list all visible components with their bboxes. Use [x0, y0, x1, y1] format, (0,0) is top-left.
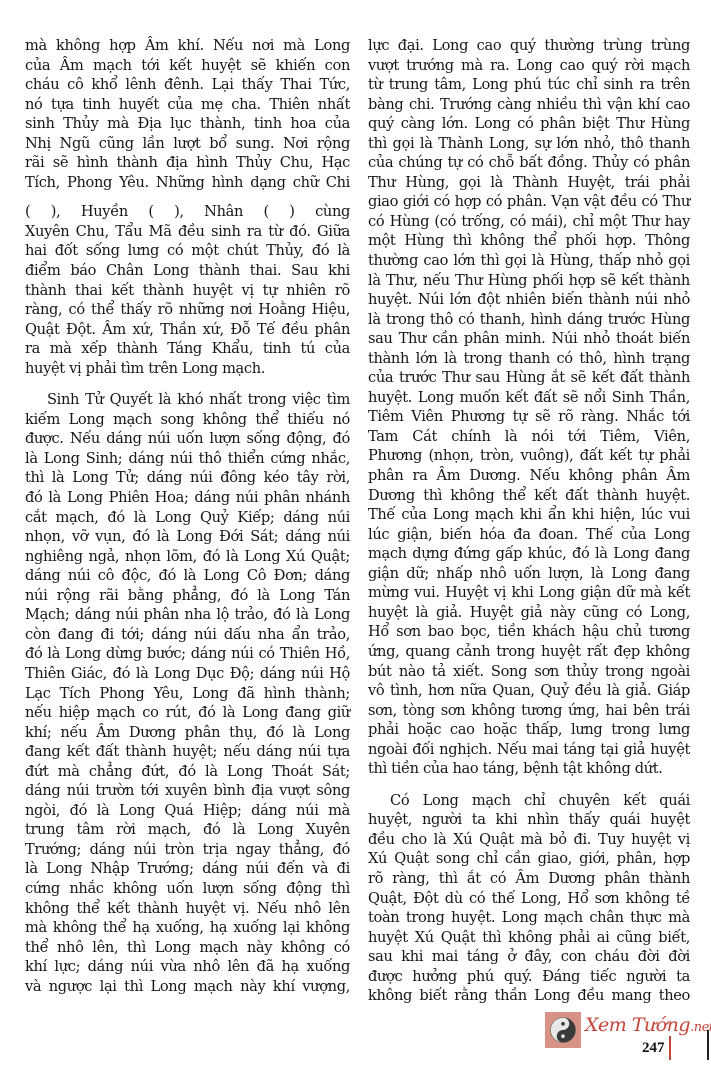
text-line: cứng nhắc không uốn lượn sống động thì [25, 879, 350, 899]
text-line: giao giới có hợp có phân. Vạn vật đều có… [368, 192, 690, 212]
text-line: kiếm Long mạch song không thể thiếu nó [25, 410, 350, 430]
text-line: bút nào tả xiết. Song sơn thủy trong ngo… [368, 662, 690, 682]
text-line: Xú Quật song chỉ cần giao, giới, phân, h… [368, 849, 690, 869]
text-line: thường cao lớn thì gọi là Hùng, thấp nhỏ… [368, 251, 690, 271]
text-line: khí; nếu Âm Dương phân thụ, đó là Long [25, 723, 350, 743]
text-line: đứt mà chẳng đứt, đó là Long Thoát Sát; [25, 762, 350, 782]
text-line: huyệt là giả. Huyệt giả này cũng có Long… [368, 603, 690, 623]
text-line: rãi sẽ hình thành địa hình Thủy Chu, Hạc [25, 153, 350, 173]
yin-yang-icon [550, 1017, 576, 1043]
paragraph-2: Có Long mạch chỉ chuyên kết quáihuyệt, n… [368, 791, 690, 1006]
text-line: đang kết đất thành huyệt; nếu dáng núi t… [25, 742, 350, 762]
text-line: mạch dựng đứng gấp khúc, đó là Long đang [368, 544, 690, 564]
text-line: trung tâm rời mạch, đó là Long Xuyên [25, 820, 350, 840]
text-line: Tích, Phong Yêu. Những hình dạng chữ Chi [25, 173, 350, 193]
text-line: sinh Thủy mà Địa lục thành, tinh hoa của [25, 114, 350, 134]
text-line: nghiêng ngả, nhọn lõm, đó là Long Xú Quậ… [25, 547, 350, 567]
watermark-logo [545, 1012, 581, 1048]
text-line: đó là Long Phiên Hoa; dáng núi phân nhán… [25, 488, 350, 508]
book-page: mà không hợp Âm khí. Nếu nơi mà Longcủa … [0, 0, 711, 1067]
text-line: là Long Nhập Trướng; dáng núi đến và đi [25, 859, 350, 879]
text-line: vượt trướng mà ra. Long cao quý rời mạch [368, 56, 690, 76]
paragraph-gap [25, 192, 350, 202]
watermark-text: Xem Tướng.net [585, 1014, 711, 1036]
text-line: Nhị Ngũ cũng lần lượt bổ sung. Nơi rộng [25, 134, 350, 154]
text-line: Quật, Đột dù có thế Long, Hổ sơn không t… [368, 889, 690, 909]
text-line: bàng chi. Trướng càng nhiều thì vận khí … [368, 95, 690, 115]
text-line: Quật Đột. Âm xứ, Thần xứ, Đỗ Tế đều phân [25, 320, 350, 340]
text-line: Thế của Long mạch khi ẩn khi hiện, lúc v… [368, 505, 690, 525]
text-line: Thư Hùng, gọi là Thành Huyệt, trái phải [368, 173, 690, 193]
text-line: Phương (nhọn, tròn, vuông), đất kết tự p… [368, 446, 690, 466]
text-line: mà không hợp Âm khí. Nếu nơi mà Long [25, 36, 350, 56]
text-line: cắt mạch, đó là Long Quỷ Kiếp; dáng núi [25, 508, 350, 528]
text-line: không biết rằng thần Long đều mang theo [368, 986, 690, 1006]
text-line: từ trung tâm, Long phú túc chỉ sinh ra t… [368, 75, 690, 95]
text-line: Sinh Tử Quyết là khó nhất trong việc tìm [25, 390, 350, 410]
text-line: Dương thì không thể kết đất thành huyệt. [368, 486, 690, 506]
text-line: sơn, tòng sơn không tương ứng, hai bên t… [368, 701, 690, 721]
text-line: huyệt. Núi lớn đột nhiên biến thành núi … [368, 290, 690, 310]
paragraph-gap [368, 779, 690, 791]
footer-rule [669, 1036, 671, 1060]
text-line: của Âm mạch tới kết huyệt sẽ khiến con [25, 56, 350, 76]
text-line: điểm báo Chân Long thành thai. Sau khi [25, 261, 350, 281]
text-line: không thể kết thành huyệt vị. Nếu nhô lê… [25, 899, 350, 919]
text-line: lực đại. Long cao quý thường trùng trùng [368, 36, 690, 56]
text-line: ngoài đối nghịch. Nếu mai táng tại giả h… [368, 740, 690, 760]
paragraph-gap [25, 378, 350, 390]
text-line: núi rộng rãi bằng phẳng, đó là Long Tán [25, 586, 350, 606]
text-line: sau Thư cần phân minh. Núi nhỏ thoát biế… [368, 329, 690, 349]
text-line: nếu hiệp mạch co rút, đó là Long đang gi… [25, 703, 350, 723]
text-line: huyệt vị phải tìm trên Long mạch. [25, 359, 350, 379]
text-line: huyệt Xú Quật thì không phải ai cũng biế… [368, 928, 690, 948]
text-line: còn đang đi tới; dáng núi dấu nha ẩn trả… [25, 625, 350, 645]
text-line: Có Long mạch chỉ chuyên kết quái [368, 791, 690, 811]
text-line: phải hoặc cao hoặc thấp, lưng trong lưng [368, 720, 690, 740]
text-line: Mạch; dáng núi phân nha lộ trảo, đó là L… [25, 605, 350, 625]
text-line: được. Nếu dáng núi uốn lượn sống động, đ… [25, 429, 350, 449]
text-line: Tam Cát chính là nói tới Tiêm, Viên, [368, 427, 690, 447]
paragraph-1: mà không hợp Âm khí. Nếu nơi mà Longcủa … [25, 36, 350, 192]
text-line: cháu cô khổ lênh đênh. Lại thấy Thai Tức… [25, 75, 350, 95]
page-footer: Xem Tướng.net 247 [545, 1012, 705, 1062]
paragraph-1-continued: ( ), Huyền ( ), Nhân ( ) cùngXuyên Chu, … [25, 202, 350, 378]
text-line: huyệt, người ta khi nhìn thấy quái huyệt [368, 810, 690, 830]
text-line: ràng, có thể thấy rõ những nơi Hoằng Hiệ… [25, 300, 350, 320]
text-line: thể nhô lên, thì Long mạch này không có [25, 938, 350, 958]
text-line: nó tựa tinh huyết của mẹ cha. Thiên nhất [25, 95, 350, 115]
text-line: thì gọi là Thành Long, sự lớn nhỏ, thô t… [368, 134, 690, 154]
text-line: thành thai kết thành huyệt vị tự nhiên r… [25, 281, 350, 301]
text-line: giận dữ; nhấp nhô uốn lượn, là Long đang [368, 564, 690, 584]
paragraph-1: lực đại. Long cao quý thường trùng trùng… [368, 36, 690, 779]
text-line: là trong thô có thanh, hình dáng trước H… [368, 310, 690, 330]
text-line: dáng núi cô độc, đó là Long Cô Đơn; dáng [25, 566, 350, 586]
text-line: huyệt. Long muốn kết đất sẽ nổi Sinh Thầ… [368, 388, 690, 408]
left-column: mà không hợp Âm khí. Nếu nơi mà Longcủa … [25, 36, 350, 996]
text-line: đều cho là Xú Quật mà bỏ đi. Tuy huyệt v… [368, 830, 690, 850]
text-line: được hưởng phú quý. Đáng tiếc người ta [368, 967, 690, 987]
paragraph-2: Sinh Tử Quyết là khó nhất trong việc tìm… [25, 390, 350, 996]
text-line: Tiêm Viên Phương tự sẽ rõ ràng. Nhắc tới [368, 407, 690, 427]
right-column: lực đại. Long cao quý thường trùng trùng… [368, 36, 690, 1006]
text-line: nhọn, vỡ vụn, đó là Long Đới Sát; dáng n… [25, 527, 350, 547]
text-line: sau khi mai táng ở đây, con cháu đời đời [368, 947, 690, 967]
text-line: toàn trong huyệt. Long mạch chân thực mà [368, 908, 690, 928]
text-line: thì là Long Tử; dáng núi đông kéo tây rờ… [25, 468, 350, 488]
text-line: Lạc Tích Phong Yêu, Long đã hình thành; [25, 684, 350, 704]
page-number: 247 [642, 1040, 665, 1057]
text-line: dáng núi trườn tới xuyên bình địa vượt s… [25, 781, 350, 801]
text-line: Xuyên Chu, Tẩu Mã đều sinh ra từ đó. Giữ… [25, 222, 350, 242]
text-line: thành lớn là trong thanh có thô, hình tr… [368, 349, 690, 369]
text-line: ứng, quang cảnh trong huyệt rất đẹp khôn… [368, 642, 690, 662]
text-line: mừng vui. Huyệt vị khi Long giận dữ mà k… [368, 583, 690, 603]
text-line: rõ ràng, thì ắt có Âm Dương phân thành [368, 869, 690, 889]
text-line: một Hùng thì không thể phối hợp. Thông [368, 231, 690, 251]
text-line: hai đốt sống lưng có một chút Thủy, đó l… [25, 241, 350, 261]
text-line: của chúng tự có chỗ bất đồng. Thủy có ph… [368, 153, 690, 173]
text-line: và ngược lại thì Long mạch này khí vượng… [25, 977, 350, 997]
text-line: Thiên Giác, đó là Long Dục Độ; dáng núi … [25, 664, 350, 684]
text-line: lúc giận, biến hóa đa đoan. Thế của Long [368, 525, 690, 545]
text-line: có Hùng (có trống, có mái), chỉ một Thư … [368, 212, 690, 232]
text-line: mà không thể hạ xuống, hạ xuống lại khôn… [25, 918, 350, 938]
text-line: ngòi, đó là Long Quá Hiệp; dáng núi mà [25, 801, 350, 821]
watermark-brand: Xem Tướng [585, 1014, 690, 1036]
text-line: thì tiền của hao táng, bệnh tật không dứ… [368, 759, 690, 779]
page-edge-mark [707, 1030, 709, 1060]
text-line: là Long Sinh; dáng núi thô thiển cứng nh… [25, 449, 350, 469]
text-line: ( ), Huyền ( ), Nhân ( ) cùng [25, 202, 350, 222]
text-line: Hổ sơn bao bọc, tiền khách hậu chủ tương [368, 622, 690, 642]
text-line: Trướng; dáng núi tròn trịa ngay thẳng, đ… [25, 840, 350, 860]
text-line: quý càng lớn. Long có phân biệt Thư Hùng [368, 114, 690, 134]
text-line: là Thư, nếu Thư Hùng phối hợp sẽ kết thà… [368, 271, 690, 291]
text-line: phân ra Âm Dương. Nếu không phân Âm [368, 466, 690, 486]
text-line: khí lực; dáng núi vừa nhô lên đã hạ xuốn… [25, 957, 350, 977]
text-line: đó là Long dừng bước; dáng núi có Thiên … [25, 644, 350, 664]
text-line: vô tình, hơn nữa Quan, Quỷ đều là giả. G… [368, 681, 690, 701]
text-line: ra mà xếp thành Táng Khẩu, tinh tú của [25, 339, 350, 359]
text-line: của trước Thư sau Hùng ắt sẽ kết đất thà… [368, 368, 690, 388]
